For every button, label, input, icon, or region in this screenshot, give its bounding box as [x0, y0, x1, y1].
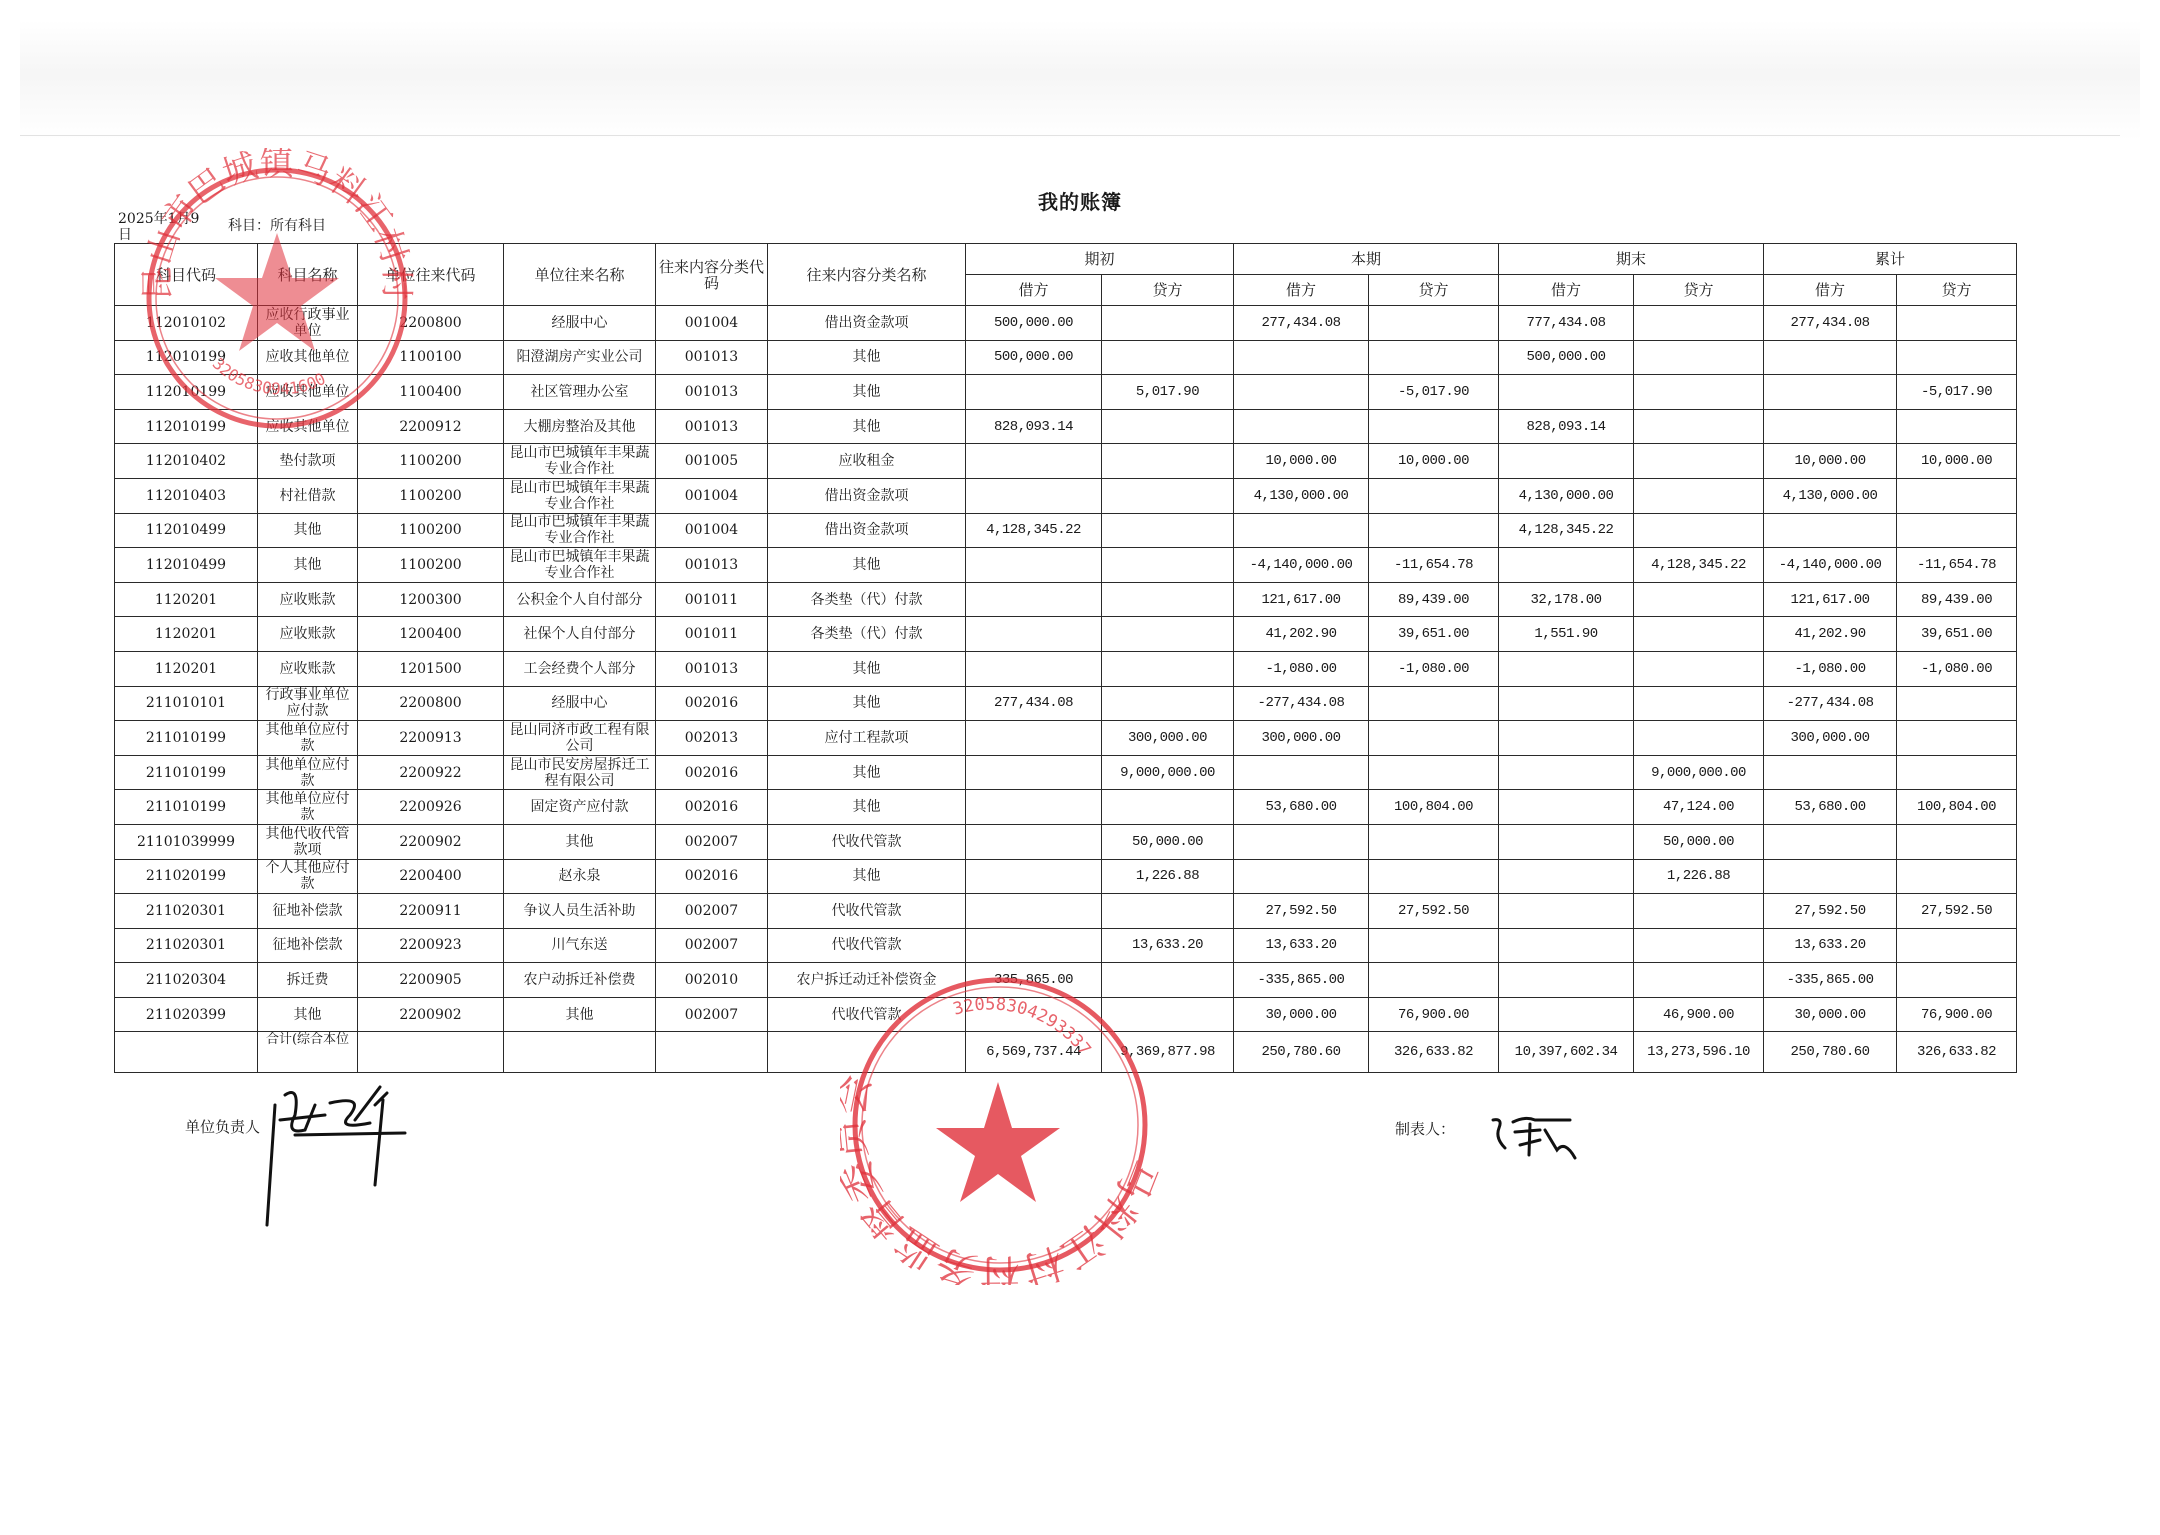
cell-cumulative-credit [1897, 963, 2017, 998]
cell-opening-debit [966, 651, 1102, 686]
header-debit: 借方 [1499, 275, 1634, 306]
total-empty-cell [115, 1032, 258, 1073]
cell-closing-credit [1634, 306, 1764, 341]
cell-subject-name: 其他单位应付款 [258, 721, 358, 756]
cell-cumulative-debit [1764, 859, 1897, 894]
cell-closing-credit: 50,000.00 [1634, 824, 1764, 859]
cell-category-code: 002016 [656, 755, 768, 790]
cell-category-name: 其他 [768, 375, 966, 410]
cell-unit-name: 其他 [504, 997, 656, 1032]
cell-opening-credit [1102, 686, 1234, 721]
cell-subject-code: 21101039999 [115, 824, 258, 859]
cell-current-debit: 121,617.00 [1234, 582, 1369, 617]
cell-closing-credit [1634, 963, 1764, 998]
cell-cumulative-credit: -1,080.00 [1897, 651, 2017, 686]
cell-subject-name: 应收其他单位 [258, 409, 358, 444]
cell-category-name: 代收代管款 [768, 997, 966, 1032]
unit-head-signature [255, 1075, 435, 1235]
cell-current-credit [1369, 721, 1499, 756]
total-label: 合计(综合本位 [258, 1032, 358, 1073]
preparer-signature [1485, 1110, 1595, 1170]
cell-current-credit [1369, 513, 1499, 548]
star-icon [936, 1082, 1060, 1202]
cell-cumulative-credit: 27,592.50 [1897, 894, 2017, 929]
cell-opening-credit: 5,017.90 [1102, 375, 1234, 410]
cell-category-name: 其他 [768, 409, 966, 444]
cell-opening-debit [966, 444, 1102, 479]
cell-current-debit [1234, 755, 1369, 790]
cell-unit-name: 昆山同济市政工程有限公司 [504, 721, 656, 756]
cell-subject-name: 其他单位应付款 [258, 790, 358, 825]
cell-current-debit [1234, 409, 1369, 444]
cell-opening-debit [966, 997, 1102, 1032]
cell-unit-code: 2200922 [358, 755, 504, 790]
cell-unit-code: 2200912 [358, 409, 504, 444]
header-group-current: 本期 [1234, 244, 1499, 275]
cell-unit-code: 1100100 [358, 340, 504, 375]
cell-category-code: 001013 [656, 651, 768, 686]
cell-opening-credit: 300,000.00 [1102, 721, 1234, 756]
cell-opening-credit [1102, 582, 1234, 617]
cell-closing-credit: 4,128,345.22 [1634, 548, 1764, 583]
cell-closing-credit [1634, 409, 1764, 444]
cell-unit-name: 社区管理办公室 [504, 375, 656, 410]
total-cumulative-credit: 326,633.82 [1897, 1032, 2017, 1073]
table-row: 112010499其他1100200昆山市巴城镇年丰果蔬专业合作社001004借… [115, 513, 2017, 548]
header-group-cumulative: 累计 [1764, 244, 2017, 275]
cell-category-name: 其他 [768, 686, 966, 721]
cell-opening-credit: 13,633.20 [1102, 928, 1234, 963]
cell-cumulative-debit: -335,865.00 [1764, 963, 1897, 998]
header-credit: 贷方 [1634, 275, 1764, 306]
scan-artifact-line [20, 135, 2120, 136]
cell-unit-name: 昆山市巴城镇年丰果蔬专业合作社 [504, 478, 656, 513]
cell-cumulative-credit [1897, 755, 2017, 790]
cell-current-debit: -4,140,000.00 [1234, 548, 1369, 583]
ledger-table: 科目代码 科目名称 单位往来代码 单位往来名称 往来内容分类代码 往来内容分类名… [114, 243, 2017, 1073]
cell-current-debit: 10,000.00 [1234, 444, 1369, 479]
cell-subject-code: 112010199 [115, 409, 258, 444]
table-row: 211020301征地补偿款2200911争议人员生活补助002007代收代管款… [115, 894, 2017, 929]
cell-opening-credit [1102, 444, 1234, 479]
cell-unit-name: 公积金个人自付部分 [504, 582, 656, 617]
cell-unit-name: 川气东送 [504, 928, 656, 963]
cell-cumulative-credit: 100,804.00 [1897, 790, 2017, 825]
table-row: 112010199应收其他单位1100400社区管理办公室001013其他5,0… [115, 375, 2017, 410]
cell-category-name: 其他 [768, 790, 966, 825]
cell-unit-code: 1100200 [358, 478, 504, 513]
cell-subject-code: 211020199 [115, 859, 258, 894]
cell-cumulative-debit: 13,633.20 [1764, 928, 1897, 963]
cell-current-credit [1369, 306, 1499, 341]
cell-closing-credit [1634, 582, 1764, 617]
cell-opening-credit [1102, 894, 1234, 929]
cell-closing-debit: 500,000.00 [1499, 340, 1634, 375]
cell-unit-code: 2200913 [358, 721, 504, 756]
header-group-opening: 期初 [966, 244, 1234, 275]
cell-unit-name: 社保个人自付部分 [504, 617, 656, 652]
cell-unit-name: 昆山市巴城镇年丰果蔬专业合作社 [504, 548, 656, 583]
cell-opening-debit [966, 894, 1102, 929]
cell-current-credit: -1,080.00 [1369, 651, 1499, 686]
cell-closing-debit: 1,551.90 [1499, 617, 1634, 652]
preparer-label: 制表人： [1395, 1118, 1455, 1139]
cell-opening-credit [1102, 548, 1234, 583]
cell-current-credit [1369, 859, 1499, 894]
cell-subject-name: 征地补偿款 [258, 894, 358, 929]
cell-unit-code: 2200902 [358, 824, 504, 859]
cell-current-credit: 10,000.00 [1369, 444, 1499, 479]
cell-category-code: 001013 [656, 340, 768, 375]
cell-category-code: 001013 [656, 375, 768, 410]
table-row: 1120201应收账款1200400社保个人自付部分001011各类垫（代）付款… [115, 617, 2017, 652]
cell-opening-credit [1102, 513, 1234, 548]
cell-subject-code: 112010499 [115, 513, 258, 548]
cell-opening-credit: 9,000,000.00 [1102, 755, 1234, 790]
cell-closing-credit [1634, 513, 1764, 548]
cell-subject-code: 112010199 [115, 340, 258, 375]
header-subject-code: 科目代码 [115, 244, 258, 306]
cell-cumulative-debit [1764, 513, 1897, 548]
cell-current-debit: 277,434.08 [1234, 306, 1369, 341]
cell-subject-code: 211020301 [115, 894, 258, 929]
header-credit: 贷方 [1897, 275, 2017, 306]
cell-category-name: 其他 [768, 859, 966, 894]
total-row: 合计(综合本位6,569,737.449,369,877.98250,780.6… [115, 1032, 2017, 1073]
cell-category-code: 001005 [656, 444, 768, 479]
cell-cumulative-credit: -5,017.90 [1897, 375, 2017, 410]
total-empty-cell [768, 1032, 966, 1073]
cell-cumulative-debit: 10,000.00 [1764, 444, 1897, 479]
cell-subject-code: 112010102 [115, 306, 258, 341]
cell-cumulative-debit [1764, 824, 1897, 859]
header-debit: 借方 [1764, 275, 1897, 306]
cell-unit-code: 1200400 [358, 617, 504, 652]
cell-current-credit: -11,654.78 [1369, 548, 1499, 583]
total-opening-debit: 6,569,737.44 [966, 1032, 1102, 1073]
cell-subject-name: 应收其他单位 [258, 340, 358, 375]
cell-opening-debit: 277,434.08 [966, 686, 1102, 721]
cell-cumulative-debit: -4,140,000.00 [1764, 548, 1897, 583]
cell-cumulative-debit: 121,617.00 [1764, 582, 1897, 617]
cell-current-debit: -277,434.08 [1234, 686, 1369, 721]
cell-unit-name: 阳澄湖房产实业公司 [504, 340, 656, 375]
cell-cumulative-credit [1897, 928, 2017, 963]
cell-subject-code: 112010403 [115, 478, 258, 513]
cell-cumulative-debit: 4,130,000.00 [1764, 478, 1897, 513]
cell-category-name: 代收代管款 [768, 894, 966, 929]
cell-cumulative-credit: 39,651.00 [1897, 617, 2017, 652]
table-row: 112010403村社借款1100200昆山市巴城镇年丰果蔬专业合作社00100… [115, 478, 2017, 513]
cell-cumulative-credit [1897, 859, 2017, 894]
cell-current-debit: 13,633.20 [1234, 928, 1369, 963]
cell-unit-code: 1200300 [358, 582, 504, 617]
cell-cumulative-credit: 89,439.00 [1897, 582, 2017, 617]
cell-subject-code: 112010402 [115, 444, 258, 479]
cell-opening-credit [1102, 790, 1234, 825]
cell-subject-code: 1120201 [115, 582, 258, 617]
cell-subject-name: 垫付款项 [258, 444, 358, 479]
header-subject-name: 科目名称 [258, 244, 358, 306]
cell-unit-code: 1100200 [358, 548, 504, 583]
cell-current-debit: 27,592.50 [1234, 894, 1369, 929]
cell-current-credit: 27,592.50 [1369, 894, 1499, 929]
cell-unit-name: 固定资产应付款 [504, 790, 656, 825]
header-unit-name: 单位往来名称 [504, 244, 656, 306]
cell-opening-credit [1102, 997, 1234, 1032]
cell-current-debit: -1,080.00 [1234, 651, 1369, 686]
total-current-credit: 326,633.82 [1369, 1032, 1499, 1073]
cell-unit-code: 2200923 [358, 928, 504, 963]
cell-category-name: 应收租金 [768, 444, 966, 479]
cell-cumulative-debit [1764, 375, 1897, 410]
cell-cumulative-credit [1897, 721, 2017, 756]
cell-opening-debit: 500,000.00 [966, 306, 1102, 341]
document-title: 我的账簿 [0, 186, 2160, 215]
cell-closing-credit: 47,124.00 [1634, 790, 1764, 825]
cell-cumulative-credit [1897, 686, 2017, 721]
cell-subject-code: 211020301 [115, 928, 258, 963]
header-credit: 贷方 [1369, 275, 1499, 306]
cell-unit-name: 大棚房整治及其他 [504, 409, 656, 444]
cell-cumulative-debit: -1,080.00 [1764, 651, 1897, 686]
cell-closing-debit [1499, 375, 1634, 410]
cell-unit-code: 2200926 [358, 790, 504, 825]
cell-category-code: 002007 [656, 894, 768, 929]
cell-current-debit [1234, 513, 1369, 548]
cell-subject-name: 拆迁费 [258, 963, 358, 998]
cell-current-debit [1234, 340, 1369, 375]
cell-current-credit [1369, 686, 1499, 721]
cell-closing-debit: 828,093.14 [1499, 409, 1634, 444]
cell-unit-code: 2200400 [358, 859, 504, 894]
cell-unit-code: 2200905 [358, 963, 504, 998]
cell-cumulative-debit [1764, 340, 1897, 375]
table-row: 211010199其他单位应付款2200913昆山同济市政工程有限公司00201… [115, 721, 2017, 756]
cell-subject-code: 211010101 [115, 686, 258, 721]
cell-opening-debit: 4,128,345.22 [966, 513, 1102, 548]
total-empty-cell [358, 1032, 504, 1073]
table-row: 211020399其他2200902其他002007代收代管款30,000.00… [115, 997, 2017, 1032]
cell-current-debit: 53,680.00 [1234, 790, 1369, 825]
cell-opening-debit [966, 859, 1102, 894]
cell-category-code: 001004 [656, 306, 768, 341]
cell-category-code: 002016 [656, 859, 768, 894]
cell-subject-name: 征地补偿款 [258, 928, 358, 963]
cell-closing-credit [1634, 894, 1764, 929]
cell-unit-code: 2200911 [358, 894, 504, 929]
cell-opening-debit [966, 617, 1102, 652]
cell-opening-credit [1102, 617, 1234, 652]
cell-unit-code: 1100400 [358, 375, 504, 410]
cell-closing-debit [1499, 859, 1634, 894]
cell-cumulative-debit: 277,434.08 [1764, 306, 1897, 341]
cell-category-code: 001013 [656, 548, 768, 583]
cell-closing-debit: 4,128,345.22 [1499, 513, 1634, 548]
cell-current-credit [1369, 755, 1499, 790]
table-row: 112010199应收其他单位2200912大棚房整治及其他001013其他82… [115, 409, 2017, 444]
cell-current-credit [1369, 478, 1499, 513]
cell-category-code: 002016 [656, 686, 768, 721]
cell-cumulative-debit [1764, 409, 1897, 444]
cell-category-code: 002007 [656, 824, 768, 859]
cell-cumulative-credit: 10,000.00 [1897, 444, 2017, 479]
cell-opening-credit: 1,226.88 [1102, 859, 1234, 894]
cell-subject-code: 112010199 [115, 375, 258, 410]
cell-subject-name: 其他 [258, 513, 358, 548]
cell-unit-name: 其他 [504, 824, 656, 859]
cell-unit-name: 争议人员生活补助 [504, 894, 656, 929]
cell-category-code: 001004 [656, 478, 768, 513]
cell-cumulative-debit [1764, 755, 1897, 790]
cell-category-code: 001011 [656, 617, 768, 652]
cell-category-name: 应付工程款项 [768, 721, 966, 756]
cell-cumulative-debit: 41,202.90 [1764, 617, 1897, 652]
cell-category-name: 其他 [768, 755, 966, 790]
cell-category-name: 其他 [768, 548, 966, 583]
cell-closing-credit [1634, 721, 1764, 756]
cell-cumulative-credit [1897, 409, 2017, 444]
cell-unit-name: 昆山市巴城镇年丰果蔬专业合作社 [504, 444, 656, 479]
cell-current-credit: 100,804.00 [1369, 790, 1499, 825]
cell-cumulative-debit: -277,434.08 [1764, 686, 1897, 721]
cell-cumulative-debit: 27,592.50 [1764, 894, 1897, 929]
cell-subject-code: 211010199 [115, 721, 258, 756]
cell-subject-code: 211010199 [115, 790, 258, 825]
cell-unit-name: 赵永泉 [504, 859, 656, 894]
cell-cumulative-debit: 53,680.00 [1764, 790, 1897, 825]
cell-closing-debit: 4,130,000.00 [1499, 478, 1634, 513]
cell-closing-credit [1634, 478, 1764, 513]
cell-category-name: 各类垫（代）付款 [768, 617, 966, 652]
table-row: 211010199其他单位应付款2200926固定资产应付款002016其他53… [115, 790, 2017, 825]
cell-cumulative-credit: -11,654.78 [1897, 548, 2017, 583]
cell-opening-debit [966, 478, 1102, 513]
cell-opening-credit [1102, 340, 1234, 375]
cell-unit-code: 2200902 [358, 997, 504, 1032]
cell-subject-name: 其他代收代管款项 [258, 824, 358, 859]
cell-opening-debit: 500,000.00 [966, 340, 1102, 375]
table-row: 211020199个人其他应付款2200400赵永泉002016其他1,226.… [115, 859, 2017, 894]
cell-closing-credit: 1,226.88 [1634, 859, 1764, 894]
cell-subject-code: 211020304 [115, 963, 258, 998]
cell-closing-credit [1634, 686, 1764, 721]
cell-subject-name: 其他单位应付款 [258, 755, 358, 790]
cell-opening-debit [966, 582, 1102, 617]
header-unit-code: 单位往来代码 [358, 244, 504, 306]
cell-current-debit: 41,202.90 [1234, 617, 1369, 652]
cell-unit-name: 农户动拆迁补偿费 [504, 963, 656, 998]
cell-opening-credit [1102, 409, 1234, 444]
cell-opening-debit [966, 721, 1102, 756]
total-cumulative-debit: 250,780.60 [1764, 1032, 1897, 1073]
cell-category-name: 农户拆迁动迁补偿资金 [768, 963, 966, 998]
cell-closing-debit [1499, 721, 1634, 756]
header-debit: 借方 [1234, 275, 1369, 306]
cell-cumulative-debit: 30,000.00 [1764, 997, 1897, 1032]
cell-unit-code: 1100200 [358, 444, 504, 479]
cell-closing-debit [1499, 894, 1634, 929]
cell-category-name: 借出资金款项 [768, 478, 966, 513]
total-closing-debit: 10,397,602.34 [1499, 1032, 1634, 1073]
total-closing-credit: 13,273,596.10 [1634, 1032, 1764, 1073]
cell-opening-credit [1102, 963, 1234, 998]
table-row: 1120201应收账款1201500工会经费个人部分001013其他-1,080… [115, 651, 2017, 686]
cell-cumulative-credit [1897, 340, 2017, 375]
cell-category-name: 其他 [768, 340, 966, 375]
cell-current-credit: -5,017.90 [1369, 375, 1499, 410]
cell-current-credit [1369, 340, 1499, 375]
cell-subject-name: 行政事业单位应付款 [258, 686, 358, 721]
cell-closing-credit [1634, 617, 1764, 652]
cell-unit-code: 2200800 [358, 686, 504, 721]
cell-category-code: 002013 [656, 721, 768, 756]
cell-unit-name: 工会经费个人部分 [504, 651, 656, 686]
cell-current-credit [1369, 963, 1499, 998]
table-row: 21101039999其他代收代管款项2200902其他002007代收代管款5… [115, 824, 2017, 859]
cell-current-credit [1369, 409, 1499, 444]
cell-current-debit: 4,130,000.00 [1234, 478, 1369, 513]
table-row: 211010199其他单位应付款2200922昆山市民安房屋拆迁工程有限公司00… [115, 755, 2017, 790]
cell-subject-code: 112010499 [115, 548, 258, 583]
cell-opening-credit: 50,000.00 [1102, 824, 1234, 859]
cell-category-code: 001013 [656, 409, 768, 444]
total-empty-cell [504, 1032, 656, 1073]
table-row: 1120201应收账款1200300公积金个人自付部分001011各类垫（代）付… [115, 582, 2017, 617]
cell-current-debit [1234, 824, 1369, 859]
cell-closing-credit: 46,900.00 [1634, 997, 1764, 1032]
header-debit: 借方 [966, 275, 1102, 306]
cell-category-code: 002016 [656, 790, 768, 825]
cell-closing-debit [1499, 651, 1634, 686]
table-row: 112010402垫付款项1100200昆山市巴城镇年丰果蔬专业合作社00100… [115, 444, 2017, 479]
cell-subject-code: 211020399 [115, 997, 258, 1032]
cell-current-debit: -335,865.00 [1234, 963, 1369, 998]
cell-opening-credit [1102, 306, 1234, 341]
cell-opening-credit [1102, 651, 1234, 686]
cell-category-code: 002007 [656, 928, 768, 963]
cell-category-code: 001011 [656, 582, 768, 617]
cell-current-credit: 89,439.00 [1369, 582, 1499, 617]
cell-category-name: 借出资金款项 [768, 306, 966, 341]
header-group-closing: 期末 [1499, 244, 1764, 275]
cell-closing-debit [1499, 997, 1634, 1032]
header-credit: 贷方 [1102, 275, 1234, 306]
cell-unit-name: 昆山市巴城镇年丰果蔬专业合作社 [504, 513, 656, 548]
cell-closing-credit [1634, 928, 1764, 963]
table-row: 211020304拆迁费2200905农户动拆迁补偿费002010农户拆迁动迁补… [115, 963, 2017, 998]
cell-category-name: 借出资金款项 [768, 513, 966, 548]
cell-subject-name: 村社借款 [258, 478, 358, 513]
cell-unit-name: 昆山市民安房屋拆迁工程有限公司 [504, 755, 656, 790]
scan-artifact-band [20, 20, 2140, 140]
cell-closing-debit [1499, 686, 1634, 721]
cell-cumulative-debit: 300,000.00 [1764, 721, 1897, 756]
cell-subject-name: 个人其他应付款 [258, 859, 358, 894]
table-row: 112010499其他1100200昆山市巴城镇年丰果蔬专业合作社001013其… [115, 548, 2017, 583]
cell-category-name: 其他 [768, 651, 966, 686]
cell-closing-debit: 777,434.08 [1499, 306, 1634, 341]
cell-closing-debit [1499, 755, 1634, 790]
cell-subject-name: 其他 [258, 997, 358, 1032]
cell-opening-debit [966, 375, 1102, 410]
cell-opening-credit [1102, 478, 1234, 513]
cell-subject-code: 1120201 [115, 617, 258, 652]
cell-subject-name: 应收其他单位 [258, 375, 358, 410]
cell-cumulative-credit [1897, 824, 2017, 859]
cell-cumulative-credit [1897, 513, 2017, 548]
cell-current-credit [1369, 824, 1499, 859]
